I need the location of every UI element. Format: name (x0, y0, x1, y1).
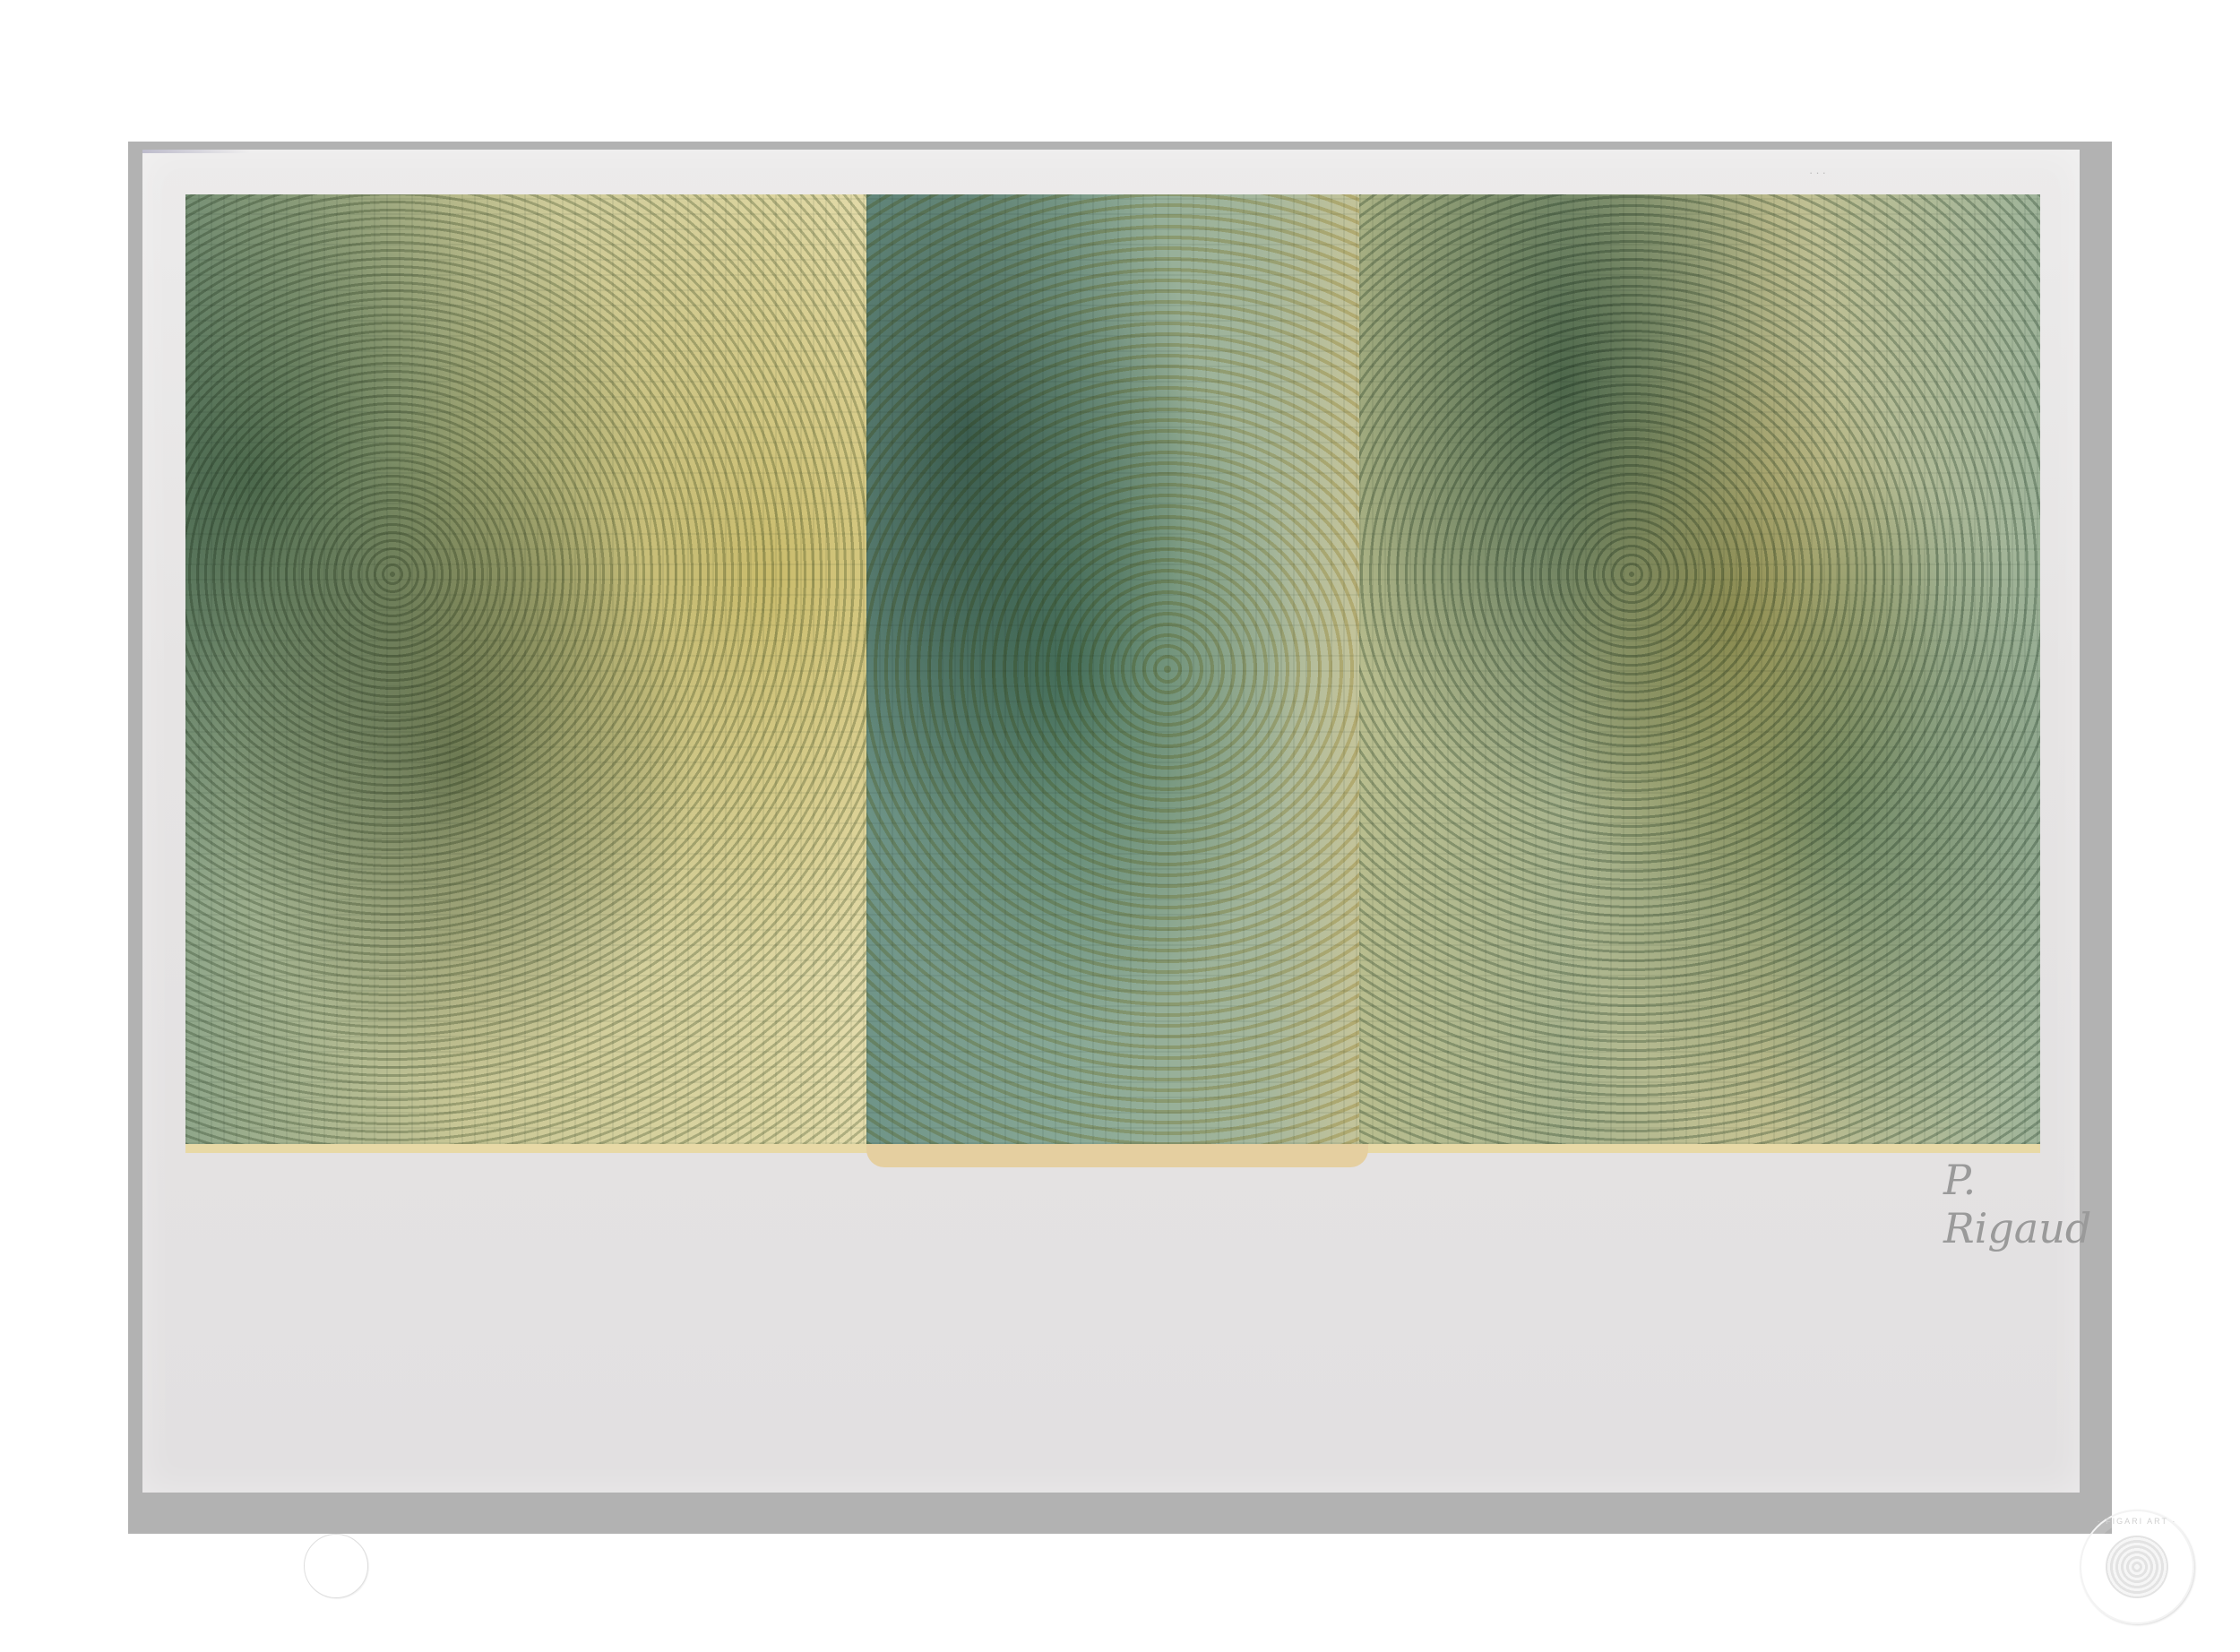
embossed-seal-icon: · FIGARI ART · (2080, 1510, 2194, 1624)
seal-text: · FIGARI ART · (2081, 1517, 2193, 1526)
print-panel-right (1359, 194, 2040, 1144)
print-panel-center (866, 194, 1368, 1144)
print-panel-left (185, 194, 875, 1144)
monotype-print (185, 194, 2040, 1153)
ochre-bottom-lip (866, 1144, 1368, 1167)
blind-stamp-icon (304, 1534, 368, 1598)
edition-mark: ··· (1809, 166, 1829, 179)
artist-signature: P. Rigaud (1943, 1156, 2091, 1252)
seal-pattern (2106, 1536, 2168, 1598)
paper-sheet: ··· P. Rigaud · FIGARI ART · (142, 150, 2080, 1493)
paper-edge-mark (142, 150, 250, 153)
